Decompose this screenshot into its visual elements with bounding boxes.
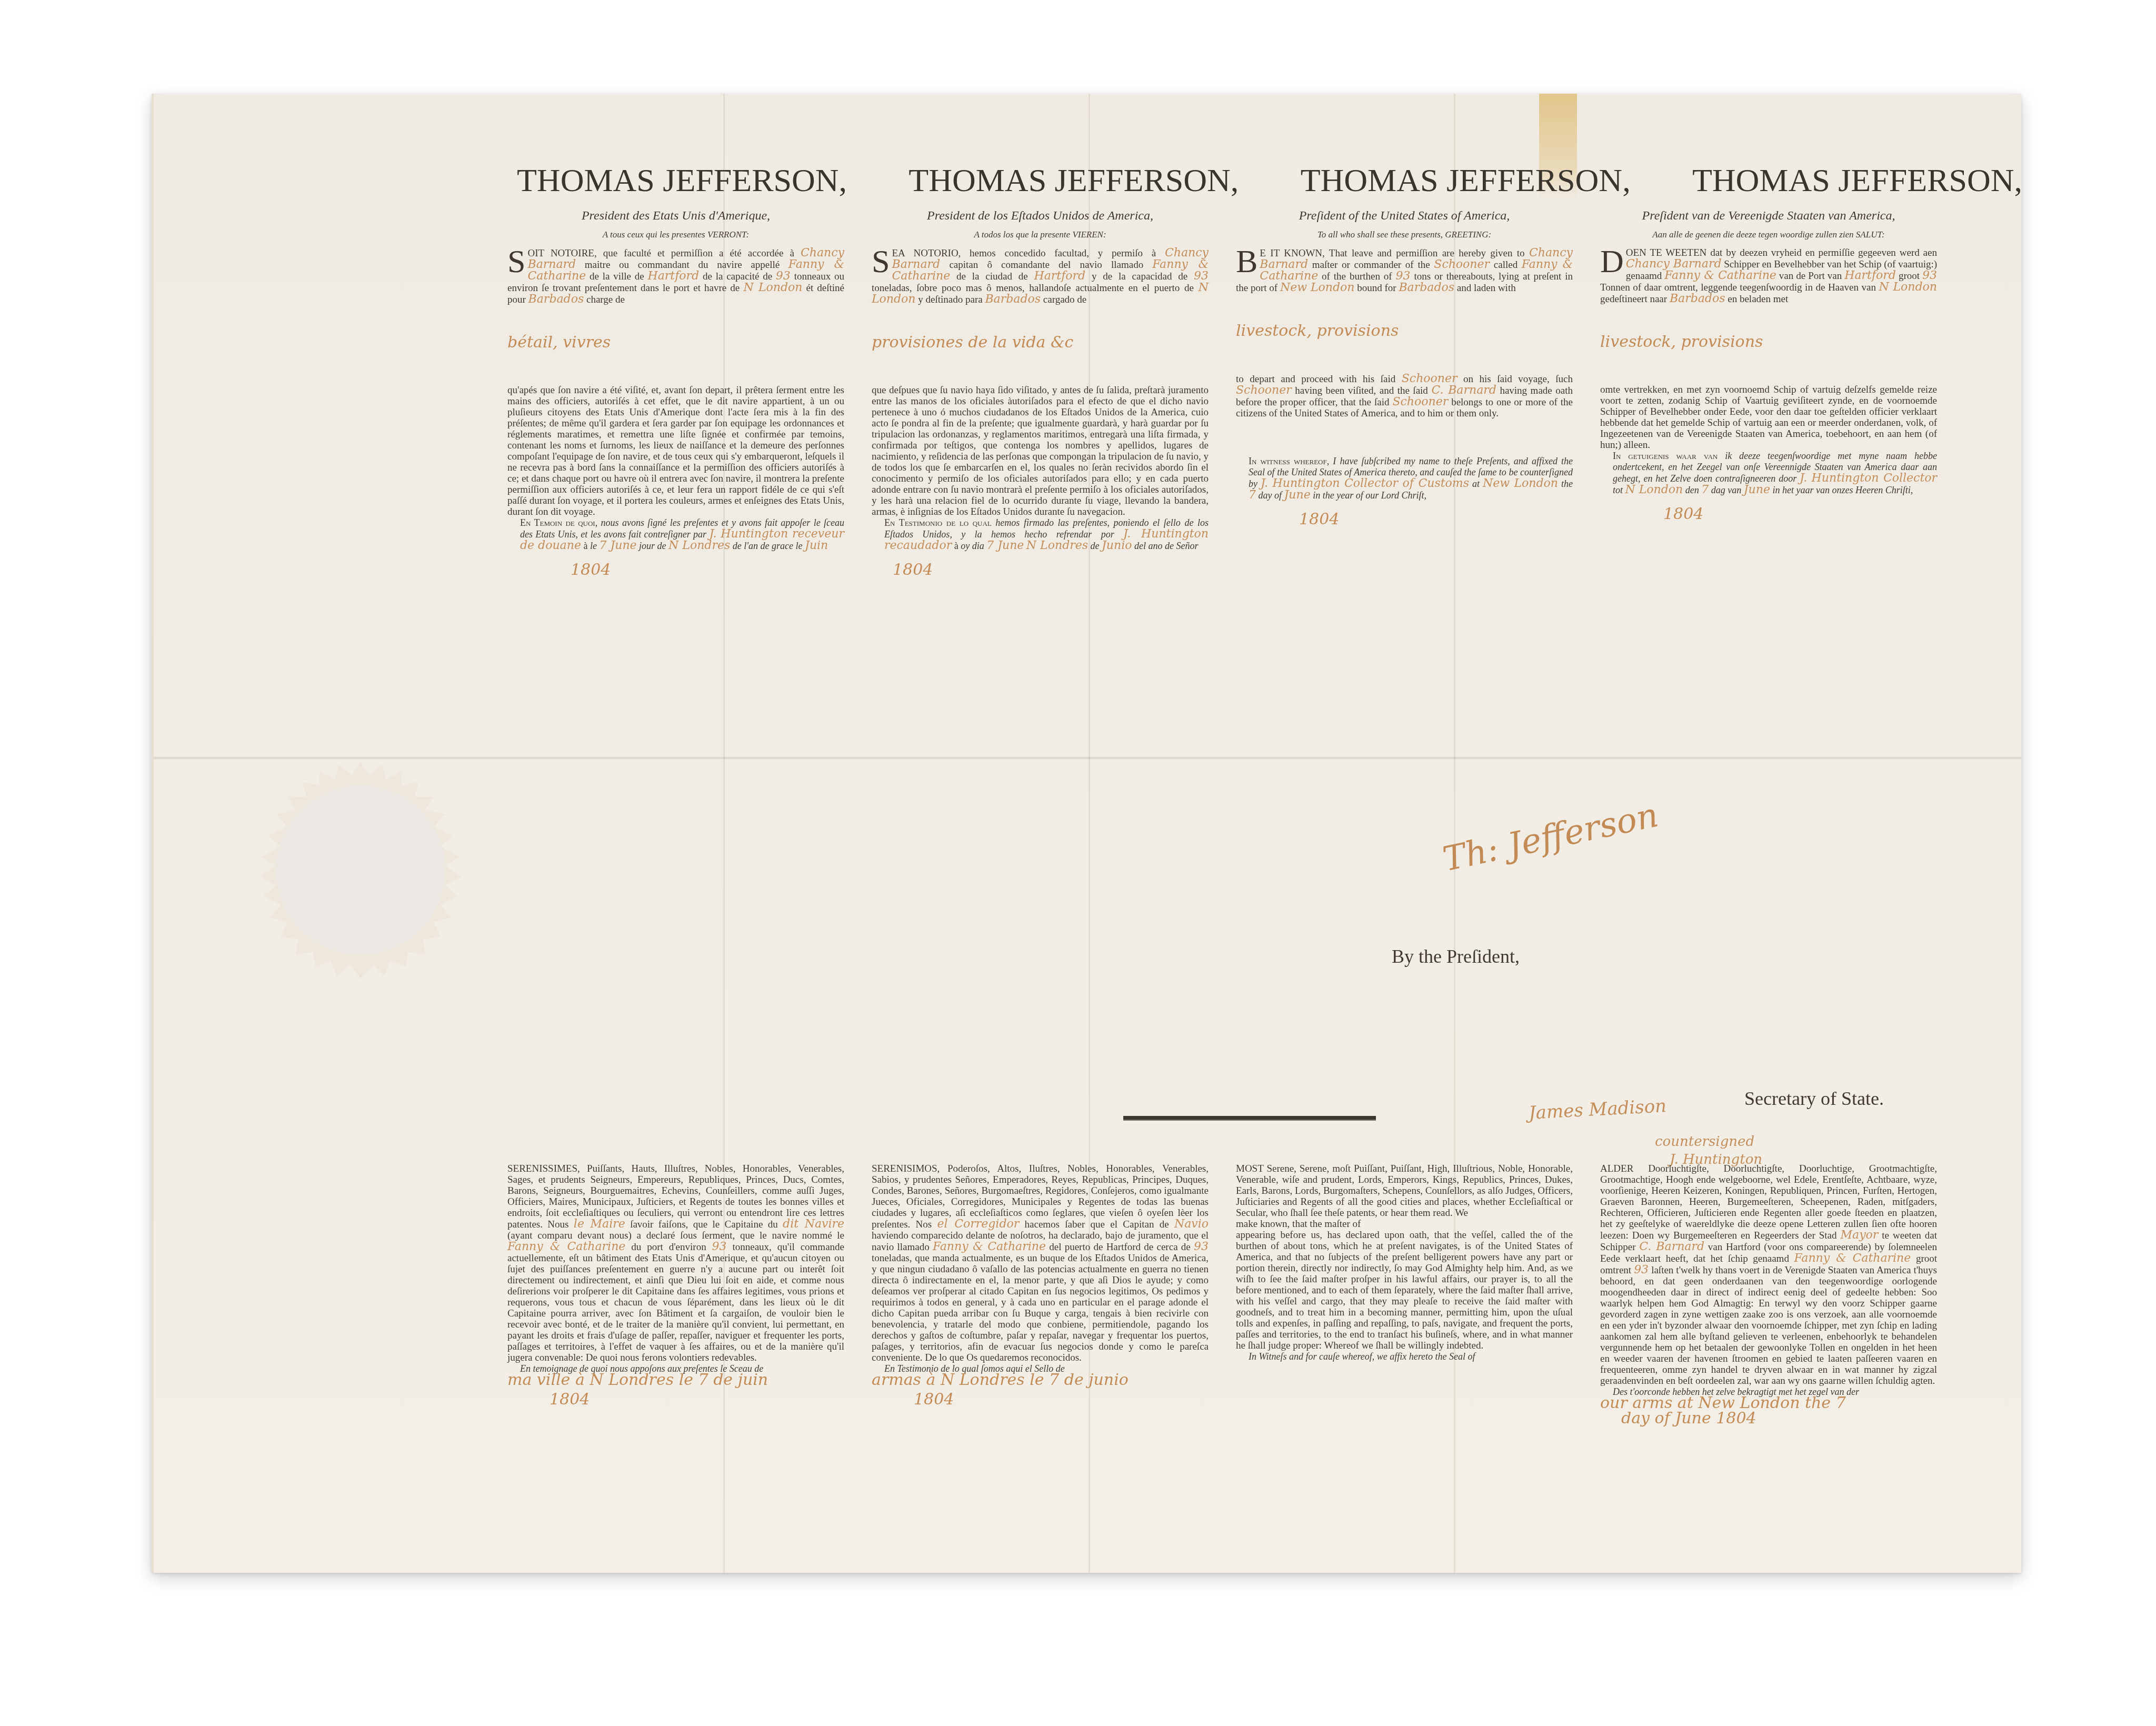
fold-line-horizontal [154,757,2021,759]
handwritten-year: 1804 [872,564,1209,575]
column-spanish: President de los Eſtados Unidos de Ameri… [872,211,1209,575]
opening-paragraph: S OIT NOTOIRE, que faculté et permiſſion… [507,247,844,305]
lower-column-english: MOST Serene, Serene, moſt Puiſſant, Puiſ… [1236,1163,1573,1362]
witness-clause: In getuigenis waar van ik deeze teegenſw… [1600,451,1937,496]
lower-paragraph: MOST Serene, Serene, moſt Puiſſant, Puiſ… [1236,1163,1573,1351]
handwritten-fill: Schooner [1392,395,1448,408]
handwritten-month: June [1744,483,1770,496]
lower-witness: In Witneſs and for cauſe whereof, we aff… [1236,1351,1573,1362]
text: the [1561,478,1573,489]
handwritten-day: 7 June [986,539,1024,552]
witness-clause: En Testimonio de lo qual hemos firmado l… [872,517,1209,552]
handwritten-lower-signature: our arms at New London the 7 [1600,1398,1937,1409]
witness-lead: En Testimonio de lo qual [884,517,992,528]
text: maſter or commander of the [1312,260,1430,271]
handwritten-ship-ref: dit Navire [783,1218,844,1231]
text: Tonnen of daar omtrent, leggende teegenſ… [1600,282,1876,293]
handwritten-lower-signature: armas à N Londres le 7 de junio [872,1374,1209,1385]
body-paragraph: que deſpues que ſu navio haya ſido viſit… [872,385,1209,517]
handwritten-year: 1804 [507,564,844,575]
handwritten-port: N London [1879,281,1937,294]
column-english: Preſident of the United States of Americ… [1236,211,1573,525]
handwritten-vessel: Fanny & Catharine [1794,1252,1911,1265]
handwritten-city: Hartford [1034,270,1086,283]
handwritten-year: 1804 [507,1394,844,1405]
handwritten-year: day of June 1804 [1600,1413,1937,1424]
drop-cap: S [872,248,890,275]
greeting: Aan alle de geenen die deeze tegen woord… [1600,229,1937,240]
lower-paragraph: SERENISSIMES, Puiſſants, Hauts, Illuſtre… [507,1163,844,1363]
text: maitre ou commandant du navire appellé [585,260,780,271]
text: hacemos ſaber que el Capitan de [1025,1219,1169,1230]
text: gedeſtineert naar [1600,294,1667,305]
drop-cap: S [507,248,525,275]
text: charge de [586,294,625,305]
text: y deſtinado para [918,294,982,305]
embossed-seal-icon [253,762,468,978]
lower-column-french: SERENISSIMES, Puiſſants, Hauts, Illuſtre… [507,1163,844,1405]
text: of the burthen of [1322,271,1392,282]
greeting: A tous ceux qui les presentes VERRONT: [507,229,844,240]
opening-paragraph: D OEN TE WEETEN dat by deezen vryheid en… [1600,247,1937,305]
text: to depart and proceed with his ſaid [1236,374,1395,385]
text: ſavoir faiſons, que le Capitaine du [630,1219,778,1230]
handwritten-official: el Corregidor [937,1218,1020,1231]
title-dutch: THOMAS JEFFERSON, [1692,162,2022,199]
handwritten-tons: 93 [712,1240,727,1253]
text: on his ſaid voyage, ſuch [1463,374,1573,385]
handwritten-month: June [1284,488,1311,502]
divider-rule [1123,1116,1376,1121]
handwritten-day: 7 [1701,483,1709,496]
text: dag van [1711,485,1742,495]
handwritten-destination: Barbados [985,293,1041,306]
text: del puerto de Hartford de cerca de [1049,1242,1191,1253]
text: à [954,541,959,551]
text: in the year of our Lord Chriſt, [1313,490,1426,501]
opening-paragraph: B E IT KNOWN, That leave and permiſſion … [1236,247,1573,294]
handwritten-port: N London [743,281,802,294]
subtitle: Preſident van de Vereenigde Staaten van … [1600,211,1937,222]
text: capitan ô comandante del navio llamado [949,260,1143,271]
text: le [590,541,597,551]
text: groot [1899,271,1920,282]
countersigned-label: countersigned [1655,1134,1754,1150]
handwritten-destination: Barbados [1670,292,1725,305]
lower-column-spanish: SERENISIMOS, Poderoſos, Altos, Iluſtres,… [872,1163,1209,1405]
handwritten-cargo: livestock, provisions [1600,336,1937,347]
text: in het yaar van onzes Heeren Chriſti, [1772,485,1913,495]
handwritten-ship-ref: Navio [1174,1218,1209,1231]
text: en beladen met [1728,294,1788,305]
handwritten-year: 1804 [1600,508,1937,520]
handwritten-year: 1804 [1236,514,1573,525]
handwritten-tons: 93 [1194,1240,1209,1253]
handwritten-place: N London [1625,483,1683,496]
text: de l'an de grace le [733,541,803,551]
text: and laden with [1457,283,1516,294]
text: de la ville de [590,271,644,282]
handwritten-destination: Barbados [528,293,584,306]
handwritten-port: New London [1280,281,1355,294]
text: having been viſited, and the ſaid [1295,385,1428,396]
body-paragraph: omte vertrekken, en met zyn voornoemd Sc… [1600,384,1937,451]
text: tot [1613,485,1623,495]
handwritten-fill: Schooner [1236,384,1292,397]
title-english: THOMAS JEFFERSON, [1301,162,1631,199]
text: called [1494,260,1518,271]
text: tonneaux, qu'il commande actuellemente, … [507,1242,844,1363]
handwritten-month: Junio [1102,539,1132,552]
text: cargado de [1043,294,1086,305]
text: toneladas, ſobre poco mas ô menos, halla… [872,283,1194,294]
text: à [583,541,587,551]
lower-paragraph: ALDER Doorluchtigſte, Doorluchtigſte, Do… [1600,1163,1937,1386]
secretary-signature: James Madison [1528,1095,1667,1124]
body-paragraph: qu'apés que ſon navire a été viſité, et,… [507,385,844,517]
witness-clause: In witness whereof, I have ſubſcribed my… [1236,456,1573,501]
by-the-president-label: By the Preſident, [1392,945,1520,967]
handwritten-cargo: provisiones de la vida &c [872,337,1209,348]
witness-clause: En Temoin de quoi, nous avons ſigné les … [507,517,844,552]
text: appearing before us, has declared upon o… [1236,1230,1542,1241]
subtitle: President de los Eſtados Unidos de Ameri… [872,211,1209,222]
handwritten-vessel-type: Schooner [1434,258,1490,271]
opening-text: EA NOTORIO, hemos concedido facultad, y … [892,248,1156,259]
body-paragraph: to depart and proceed with his ſaid Scho… [1236,373,1573,419]
handwritten-year: 1804 [872,1394,1209,1405]
text: toneladas, que manda actualmente, es un … [872,1253,1209,1363]
text: de la ciudad de [956,271,1028,282]
text: du port d'environ [631,1242,706,1253]
opening-text: E IT KNOWN, That leave and permiſſion ar… [1260,248,1524,259]
witness-lead: In witness whereof, [1249,456,1329,466]
title-french: THOMAS JEFFERSON, [517,162,847,199]
handwritten-day: 7 [1249,488,1256,502]
greeting: A todos los que la presente VIEREN: [872,229,1209,240]
handwritten-countersign: J. Huntington Collector [1800,472,1937,485]
text: bound for [1357,283,1396,294]
text: van de Port van [1779,271,1842,282]
sea-letter-document: THOMAS JEFFERSON, THOMAS JEFFERSON, THOM… [152,94,2021,1573]
witness-lead: En Temoin de quoi, [520,517,597,528]
handwritten-place: N Londres [668,539,730,552]
handwritten-vessel: Fanny & Catharine [933,1240,1046,1253]
drop-cap: B [1236,248,1257,275]
lower-paragraph: SERENISIMOS, Poderoſos, Altos, Iluſtres,… [872,1163,1209,1363]
handwritten-official: le Maire [574,1218,625,1231]
column-dutch: Preſident van de Vereenigde Staaten van … [1600,211,1937,520]
handwritten-day: 7 June [599,539,636,552]
text: del ano de Señor [1134,541,1198,551]
opening-text: OIT NOTOIRE, que faculté et permiſſion a… [527,248,794,259]
text: y de la capacidad de [1092,271,1187,282]
subtitle: Preſident of the United States of Americ… [1236,211,1573,222]
handwritten-cargo: bétail, vivres [507,337,844,348]
opening-paragraph: S EA NOTORIO, hemos concedido facultad, … [872,247,1209,305]
greeting: To all who shall see these presents, GRE… [1236,229,1573,240]
witness-lead: In getuigenis waar van [1613,451,1718,461]
handwritten-city: Hartford [648,270,700,283]
text: jour de [639,541,666,551]
handwritten-tons: 93 [1634,1263,1649,1276]
handwritten-official: Mayor [1840,1229,1878,1242]
lower-column-dutch: ALDER Doorluchtigſte, Doorluchtigſte, Do… [1600,1163,1937,1424]
handwritten-vessel: Fanny & Catharine [1664,269,1776,282]
handwritten-ship-ref: C. Barnard [1639,1240,1704,1253]
text: oy dia [961,541,984,551]
document-title-row: THOMAS JEFFERSON, THOMAS JEFFERSON, THOM… [517,162,2022,199]
text: den [1685,485,1699,495]
handwritten-destination: Barbados [1399,281,1454,294]
text: MOST Serene, Serene, moſt Puiſſant, Puiſ… [1236,1163,1573,1219]
handwritten-lower-signature: ma ville à N Londres le 7 de juin [507,1374,844,1385]
president-signature: Th: Jefferson [1440,796,1662,880]
text: (ayant comparu devant nous) a declaré ſo… [507,1230,844,1241]
handwritten-month: Juin [805,539,828,552]
handwritten-place: N Londres [1026,539,1088,552]
drop-cap: D [1600,248,1624,275]
text: ALDER Doorluchtigſte, Doorluchtigſte, Do… [1600,1163,1937,1241]
text: make known, that the maſter of [1236,1219,1361,1230]
text: at [1472,478,1480,489]
opening-text: OEN TE WEETEN dat by deezen vryheid en p… [1626,247,1937,258]
handwritten-vessel: Fanny & Catharine [507,1240,625,1253]
text: de [1091,541,1100,551]
handwritten-place: New London [1483,477,1558,490]
text: laſten t'welk hy thans voert in de Veren… [1600,1265,1937,1386]
handwritten-cargo: livestock, provisions [1236,325,1573,336]
text: tons, which he at preſent navigates, is … [1236,1241,1573,1351]
column-french: President des Etats Unis d'Amerique, A t… [507,211,844,575]
text: day of [1259,490,1282,501]
text: de la capacité de [703,271,772,282]
subtitle: President des Etats Unis d'Amerique, [507,211,844,222]
title-spanish: THOMAS JEFFERSON, [909,162,1239,199]
secretary-of-state-label: Secretary of State. [1744,1088,1884,1110]
